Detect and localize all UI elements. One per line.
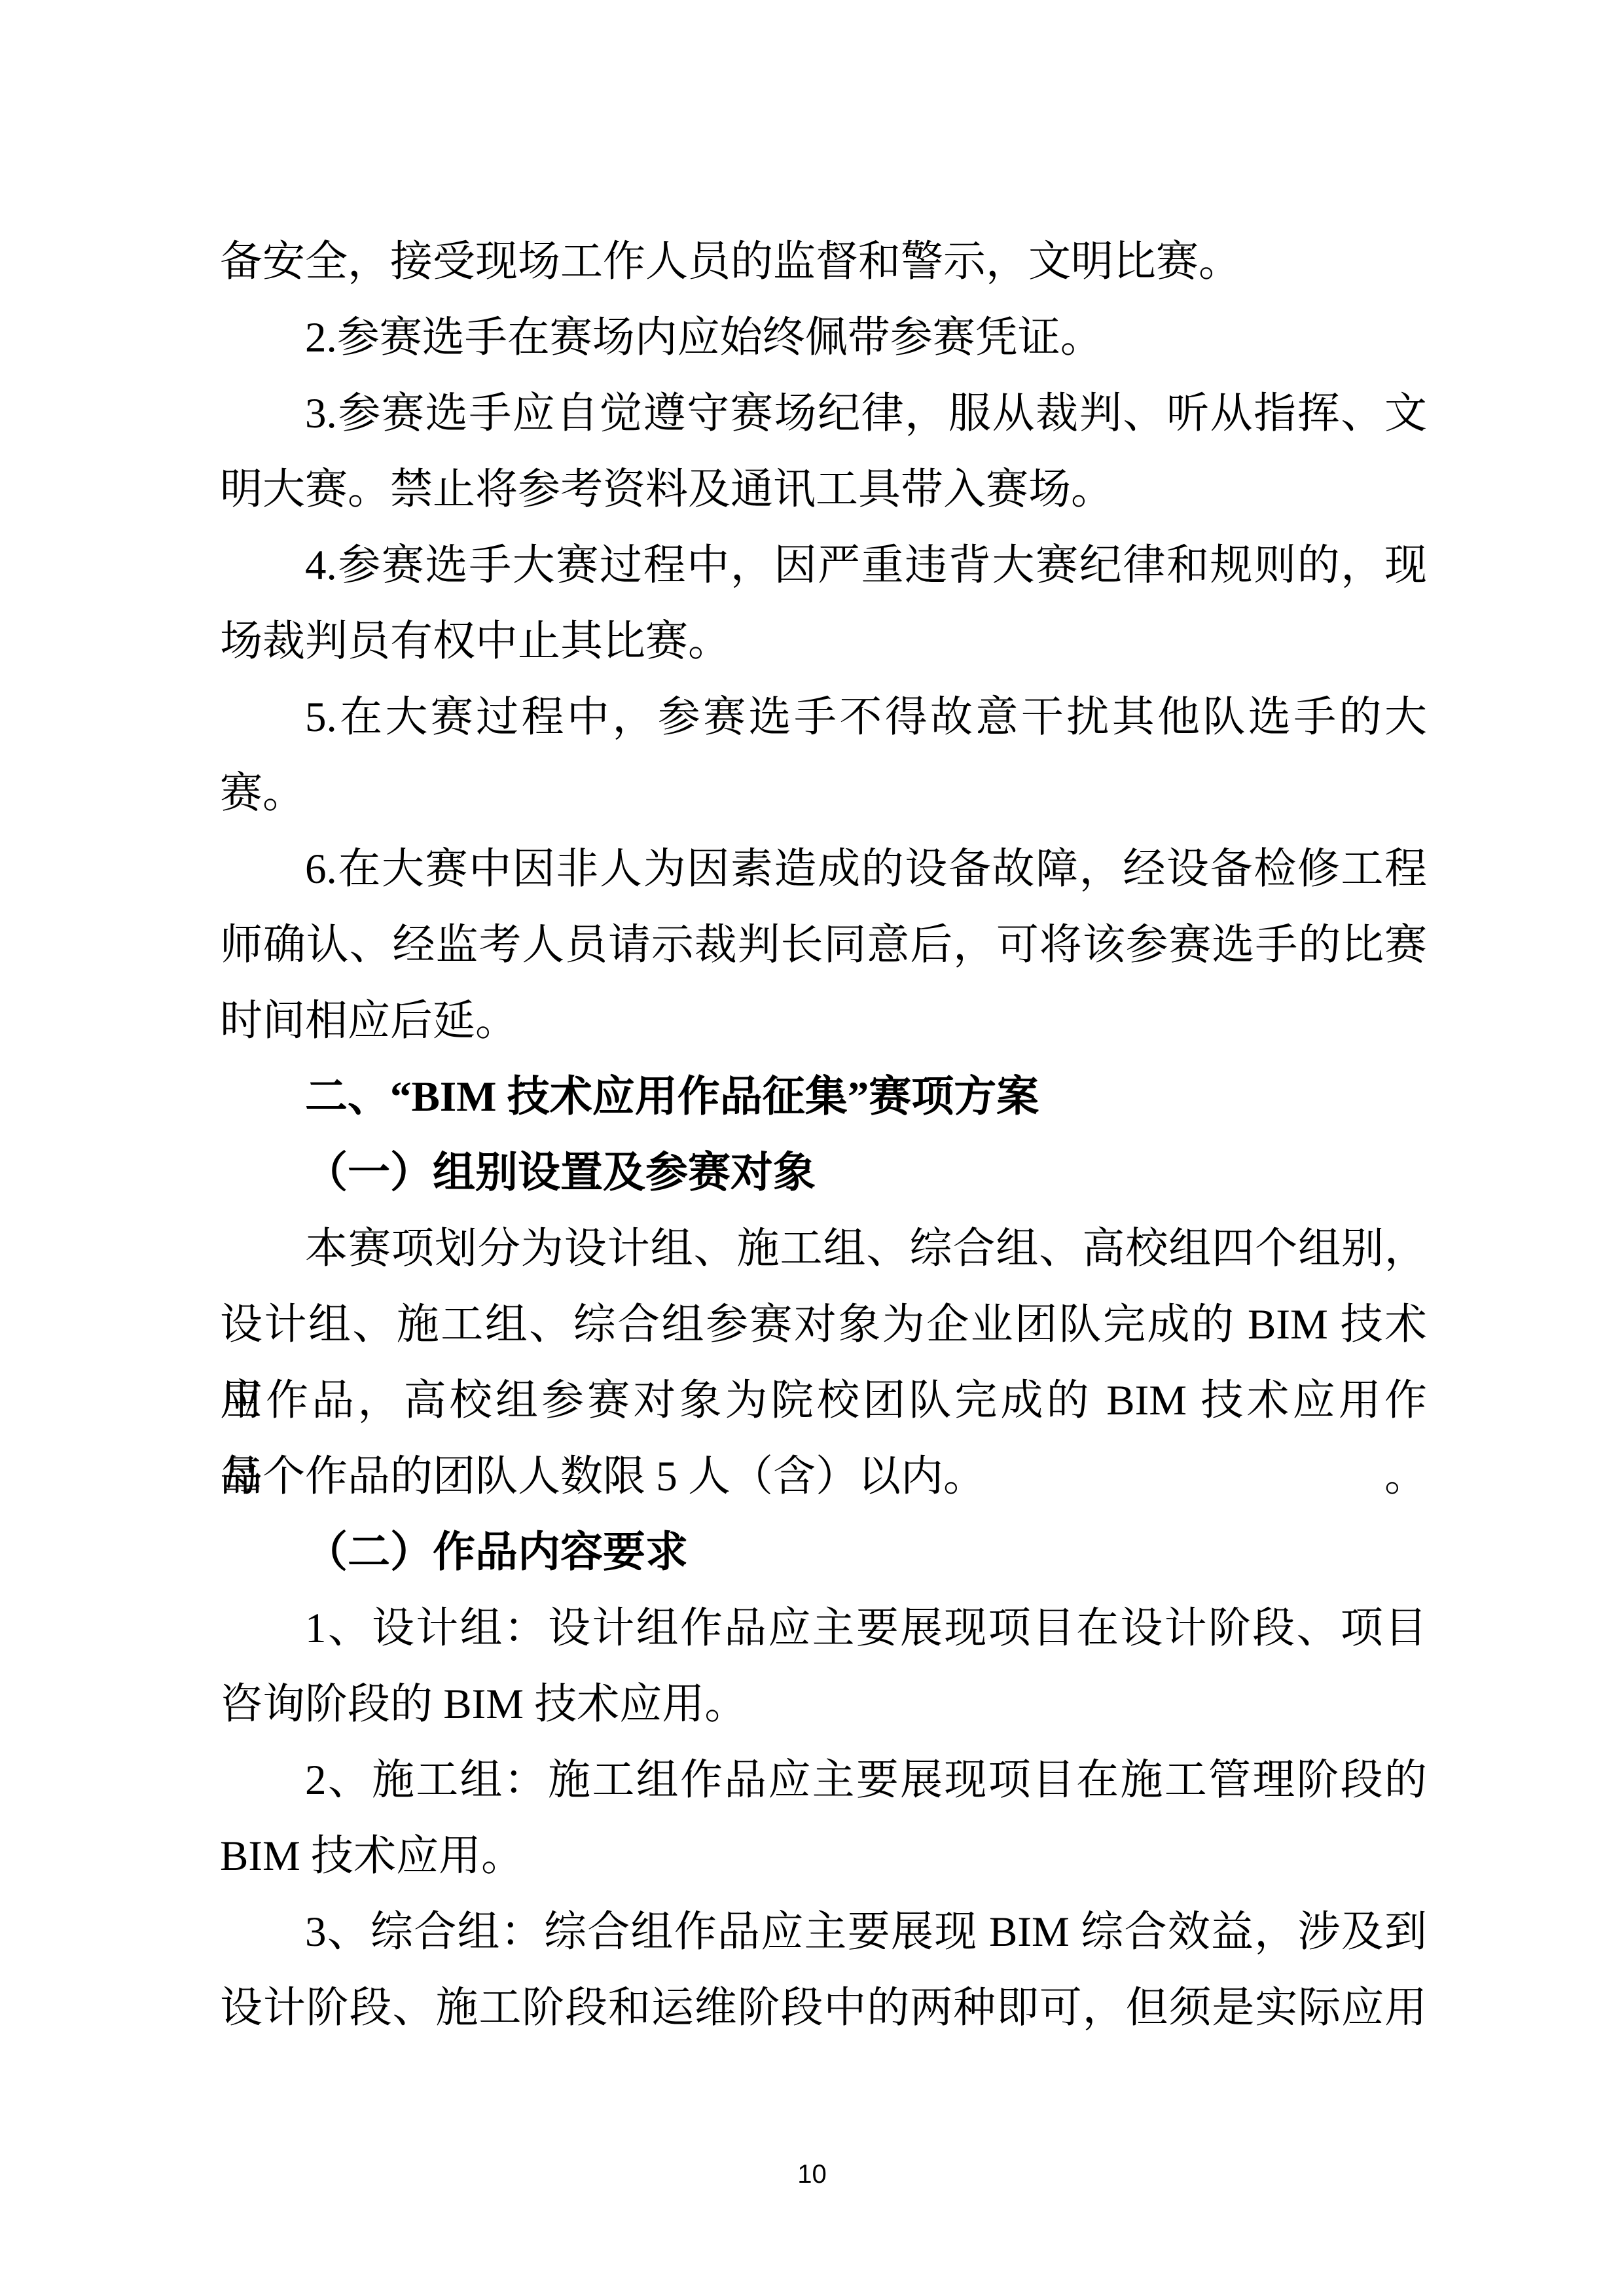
text-line: 本赛项划分为设计组、施工组、综合组、高校组四个组别， [220, 1211, 1427, 1287]
text-line: 4.参赛选手大赛过程中，因严重违背大赛纪律和规则的，现 [220, 528, 1427, 603]
heading-line: （二）作品内容要求 [220, 1515, 1427, 1590]
text-line: 6.在大赛中因非人为因素造成的设备故障，经设备检修工程 [220, 831, 1427, 907]
text-line: 师确认、经监考人员请示裁判长同意后，可将该参赛选手的比赛 [220, 907, 1427, 983]
text-line: 设计阶段、施工阶段和运维阶段中的两种即可，但须是实际应用 [220, 1970, 1427, 2046]
text-line: BIM 技术应用。 [220, 1818, 1427, 1894]
text-line: 3.参赛选手应自觉遵守赛场纪律，服从裁判、听从指挥、文 [220, 376, 1427, 452]
document-body: 备安全，接受现场工作人员的监督和警示，文明比赛。2.参赛选手在赛场内应始终佩带参… [220, 224, 1427, 2046]
text-line: 时间相应后延。 [220, 983, 1427, 1059]
text-line: 设计组、施工组、综合组参赛对象为企业团队完成的 BIM 技术应 [220, 1287, 1427, 1363]
heading-line: 二、“BIM 技术应用作品征集”赛项方案 [220, 1059, 1427, 1135]
text-line: 明大赛。禁止将参考资料及通讯工具带入赛场。 [220, 452, 1427, 528]
text-line: 1、设计组：设计组作品应主要展现项目在设计阶段、项目 [220, 1590, 1427, 1666]
text-line: 备安全，接受现场工作人员的监督和警示，文明比赛。 [220, 224, 1427, 300]
text-line: 用作品，高校组参赛对象为院校团队完成的 BIM 技术应用作品。 [220, 1363, 1427, 1439]
text-line: 场裁判员有权中止其比赛。 [220, 603, 1427, 679]
document-page: 备安全，接受现场工作人员的监督和警示，文明比赛。2.参赛选手在赛场内应始终佩带参… [0, 0, 1624, 2296]
text-line: 赛。 [220, 755, 1427, 831]
page-number: 10 [0, 2157, 1624, 2191]
text-line: 2.参赛选手在赛场内应始终佩带参赛凭证。 [220, 300, 1427, 376]
text-line: 5.在大赛过程中，参赛选手不得故意干扰其他队选手的大 [220, 679, 1427, 755]
text-line: 咨询阶段的 BIM 技术应用。 [220, 1666, 1427, 1742]
text-line: 2、施工组：施工组作品应主要展现项目在施工管理阶段的 [220, 1742, 1427, 1818]
text-line: 3、综合组：综合组作品应主要展现 BIM 综合效益，涉及到 [220, 1894, 1427, 1970]
heading-line: （一）组别设置及参赛对象 [220, 1135, 1427, 1211]
